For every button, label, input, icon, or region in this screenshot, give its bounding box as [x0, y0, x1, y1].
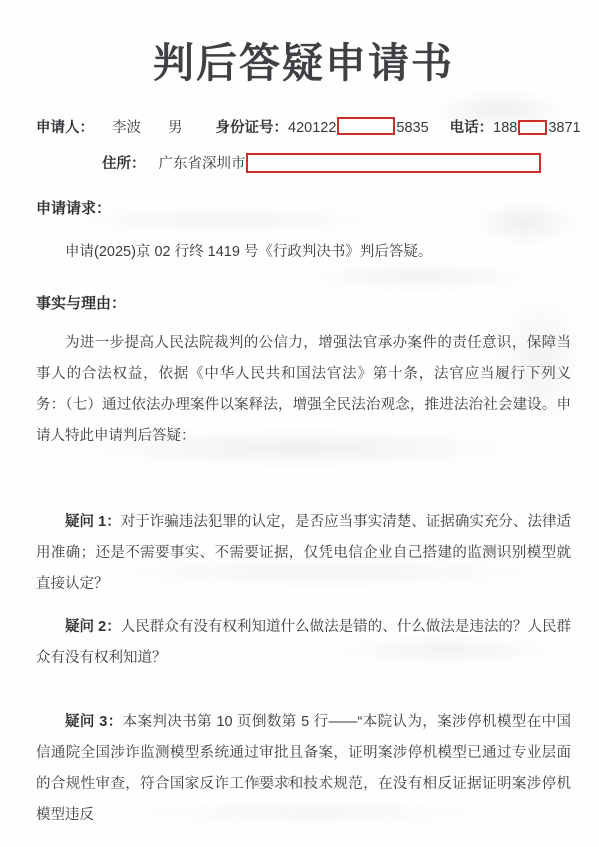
request-heading: 申请请求：	[36, 197, 571, 218]
address-row: 住所：广东省深圳市	[36, 152, 571, 173]
document-content: 判后答疑申请书 申请人：李波男身份证号：4201225835电话：1883871…	[0, 0, 599, 847]
id-number-label: 身份证号：	[216, 120, 289, 136]
phone-prefix: 188	[493, 120, 517, 136]
scanned-document-page: 判后答疑申请书 申请人：李波男身份证号：4201225835电话：1883871…	[0, 0, 599, 847]
applicant-label: 申请人：	[36, 120, 94, 136]
facts-paragraph: 为进一步提高人民法院裁判的公信力，增强法官承办案件的责任意识，保障当事人的合法权…	[36, 328, 571, 452]
id-number-suffix: 5835	[396, 120, 428, 136]
page-number-footer: 第 1 页 共 9 页	[0, 774, 599, 789]
phone-suffix: 3871	[548, 120, 580, 136]
phone-redaction-box	[518, 120, 547, 135]
facts-heading: 事实与理由：	[36, 292, 571, 313]
applicant-gender: 男	[168, 120, 183, 136]
id-redaction-box	[337, 117, 395, 135]
applicant-row: 申请人：李波男身份证号：4201225835电话：1883871	[36, 116, 571, 137]
request-text: 申请(2025)京 02 行终 1419 号《行政判决书》判后答疑。	[36, 237, 571, 268]
applicant-name: 李波	[112, 120, 141, 136]
question-paragraph-2: 疑问 2：人民群众有没有权利知道什么做法是错的、什么做法是违法的？人民群众有没有…	[36, 612, 571, 674]
id-number-prefix: 420122	[288, 120, 336, 136]
question-3-text: 本案判决书第 10 页倒数第 5 行——“本院认为，案涉停机模型在中国信通院全国…	[36, 714, 571, 823]
address-label: 住所：	[102, 156, 146, 172]
question-1-label: 疑问 1：	[65, 514, 121, 530]
address-value: 广东省深圳市	[159, 156, 246, 172]
phone-label: 电话：	[450, 120, 494, 136]
question-2-label: 疑问 2：	[65, 619, 121, 635]
address-redaction-box	[246, 153, 541, 173]
question-paragraph-1: 疑问 1：对于诈骗违法犯罪的认定，是否应当事实清楚、证据确实充分、法律适用准确；…	[36, 507, 571, 600]
page-title: 判后答疑申请书	[36, 30, 571, 89]
question-paragraph-3: 疑问 3：本案判决书第 10 页倒数第 5 行——“本院认为，案涉停机模型在中国…	[36, 707, 571, 831]
question-3-label: 疑问 3：	[65, 714, 123, 730]
